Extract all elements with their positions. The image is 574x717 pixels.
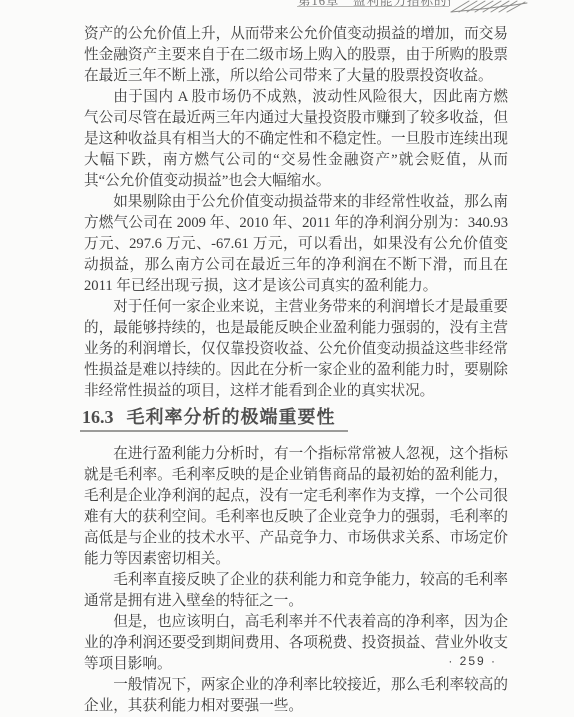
section-number: 16.3 <box>82 407 114 427</box>
chapter-ornament-icon <box>449 0 529 13</box>
paragraph: 但是，也应该明白，高毛利率并不代表着高的净利率，因为企业的净利润还要受到期间费用… <box>84 612 508 675</box>
paragraph: 由于国内 A 股市场仍不成熟，波动性风险很大，因此南方燃气公司尽管在最近两三年内… <box>84 87 508 192</box>
section-title: 毛利率分析的极端重要性 <box>127 407 336 427</box>
page-header: 第16章 盈利能力指标的假象 <box>0 0 574 16</box>
section-heading-row: 16.3毛利率分析的极端重要性 <box>80 406 508 432</box>
paragraph: 对于任何一家企业来说，主营业务带来的利润增长才是最重要的，最能够持续的，也是最能… <box>84 297 508 402</box>
chapter-header-title: 第16章 盈利能力指标的假象 <box>298 0 450 9</box>
section-heading: 16.3毛利率分析的极端重要性 <box>80 406 348 432</box>
paragraph: 在进行盈利能力分析时，有一个指标常常被人忽视，这个指标就是毛利率。毛利率反映的是… <box>84 444 508 570</box>
book-page: 第16章 盈利能力指标的假象 资产的公允价值上升，从而带来公允价值变动损益的增加… <box>0 0 574 677</box>
paragraph: 如果剔除由于公允价值变动损益带来的非经常性收益，那么南方燃气公司在 2009 年… <box>84 192 508 297</box>
paragraph: 毛利率直接反映了企业的获利能力和竞争能力，较高的毛利率通常是拥有进入壁垒的特征之… <box>84 570 508 612</box>
page-body: 资产的公允价值上升，从而带来公允价值变动损益的增加，而交易性金融资产主要来自于在… <box>84 24 508 677</box>
header-rule <box>297 6 449 7</box>
paragraph: 资产的公允价值上升，从而带来公允价值变动损益的增加，而交易性金融资产主要来自于在… <box>84 24 508 87</box>
page-number: · 259 · <box>448 654 497 668</box>
